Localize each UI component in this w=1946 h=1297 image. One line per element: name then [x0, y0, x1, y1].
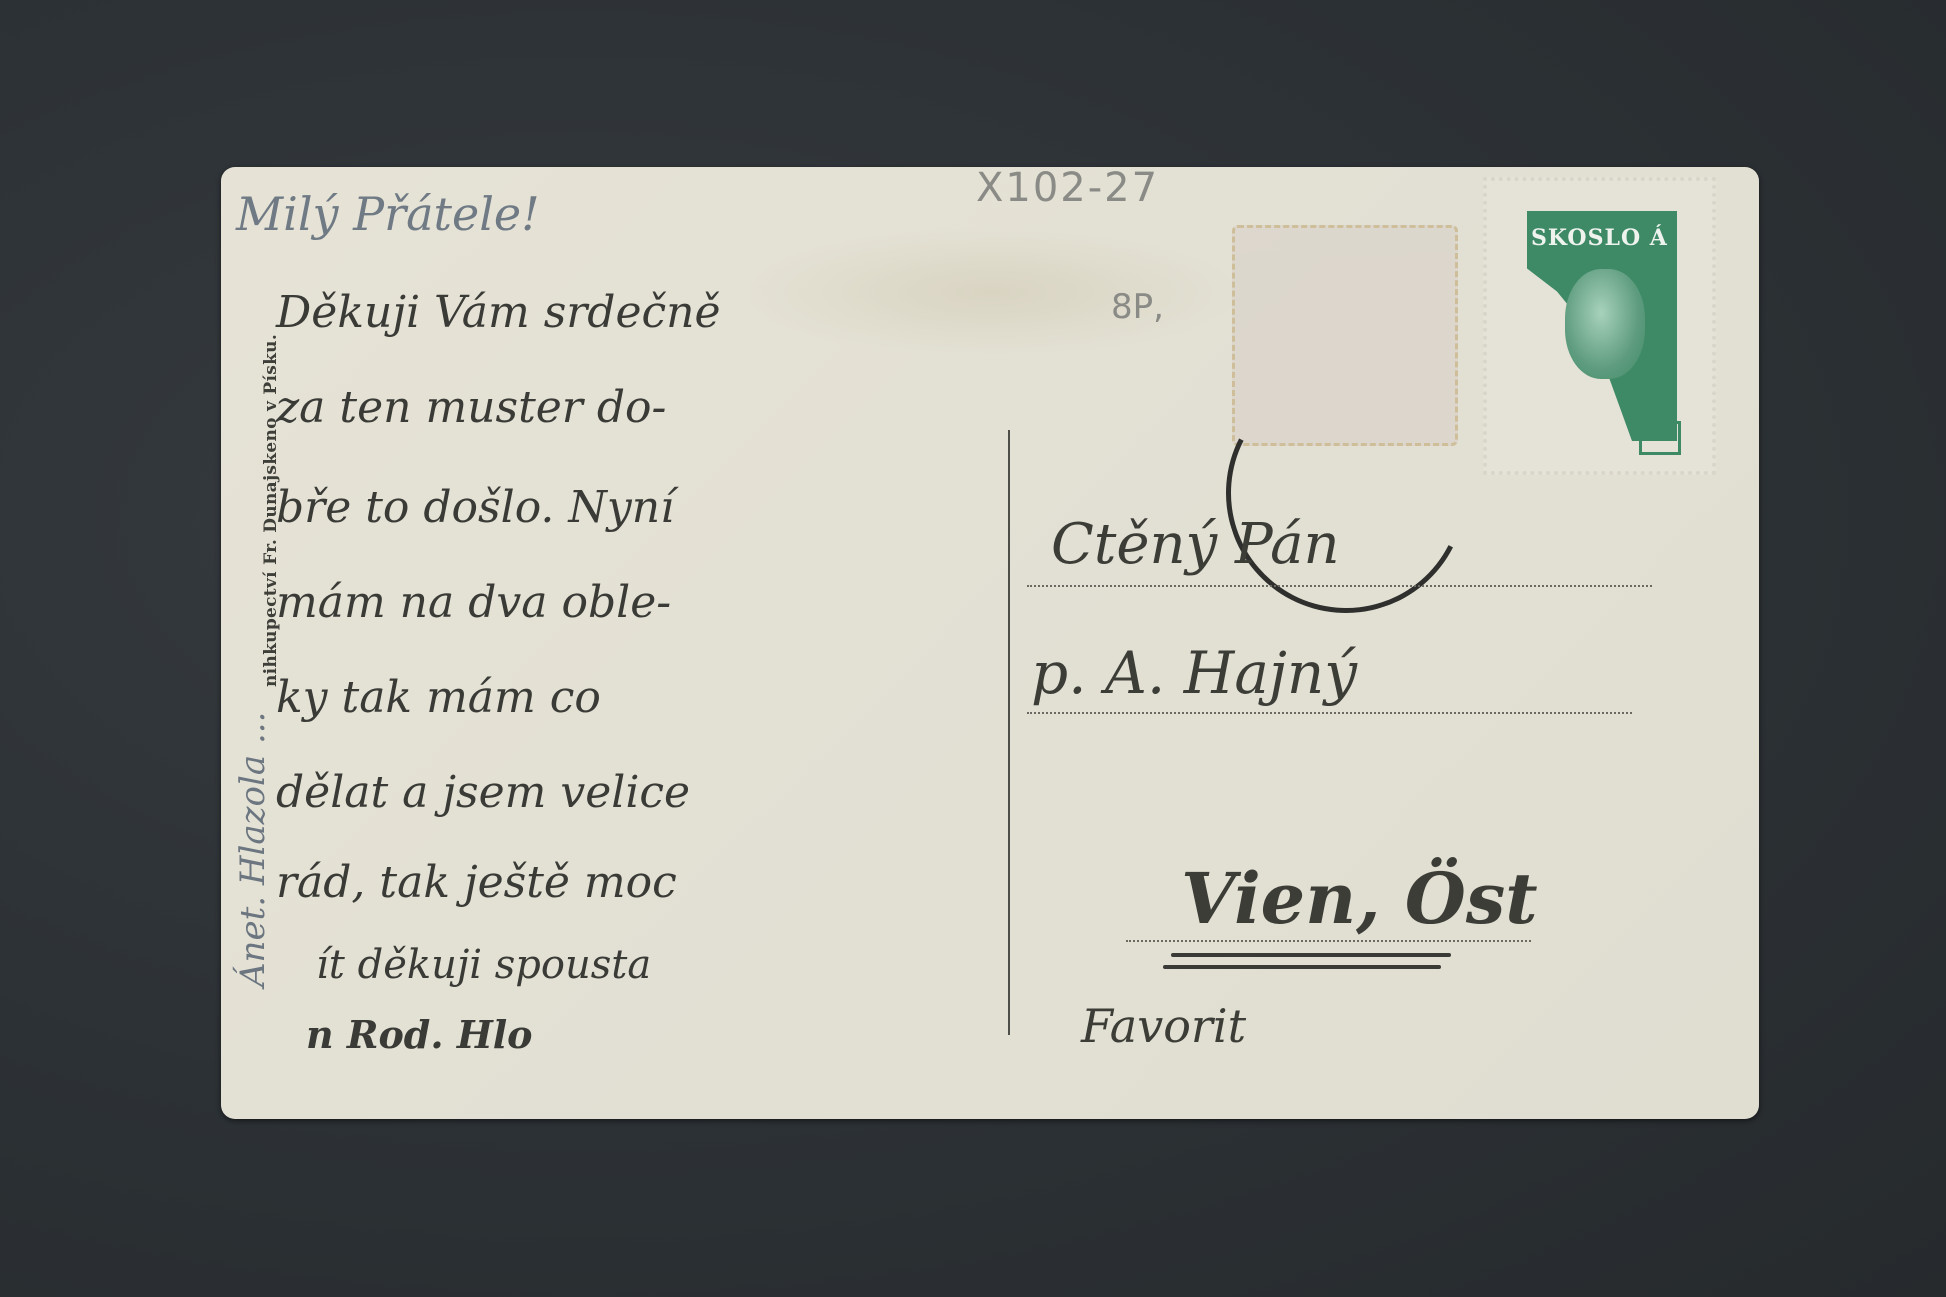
address-divider — [1008, 430, 1010, 1035]
message-line-6: dělat a jsem velice — [276, 767, 690, 818]
stamp-value-box — [1639, 421, 1681, 455]
city-underline-2 — [1163, 965, 1441, 969]
archive-number: X102-27 — [976, 167, 1159, 211]
address-city: Vien, Öst — [1181, 857, 1538, 940]
salutation: Milý Přátele! — [236, 187, 540, 241]
message-line-2: za ten muster do- — [276, 382, 666, 433]
address-dotted-line-1 — [1027, 585, 1652, 587]
message-line-1: Děkuji Vám srdečně — [276, 287, 721, 338]
postcard: Ánet. Hlazola ... nihkupectví Fr. Dunajs… — [221, 167, 1759, 1119]
address-district: Favorit — [1081, 999, 1246, 1053]
message-line-4: mám na dva oble- — [276, 577, 671, 628]
message-line-7: rád, tak ještě moc — [276, 857, 677, 908]
price-note: 8P, — [1111, 287, 1164, 327]
address-dotted-line-3 — [1126, 940, 1531, 942]
stamp-portrait — [1565, 269, 1645, 379]
side-pencil-note: Ánet. Hlazola ... — [233, 712, 273, 987]
city-underline-1 — [1171, 953, 1451, 957]
address-dotted-line-2 — [1027, 712, 1632, 714]
message-line-3: bře to došlo. Nyní — [276, 482, 674, 533]
message-line-5: ky tak mám co — [276, 672, 601, 723]
signature: n Rod. Hlo — [306, 1012, 533, 1057]
message-line-8: ít děkuji spousta — [316, 942, 651, 988]
address-salutation: Ctěný Pán — [1051, 512, 1340, 577]
stamp-country-text: SKOSLO Á — [1531, 225, 1668, 251]
postage-stamp: SKOSLO Á — [1483, 177, 1716, 475]
water-stain — [741, 227, 1241, 357]
address-name: p. A. Hajný — [1031, 639, 1357, 707]
